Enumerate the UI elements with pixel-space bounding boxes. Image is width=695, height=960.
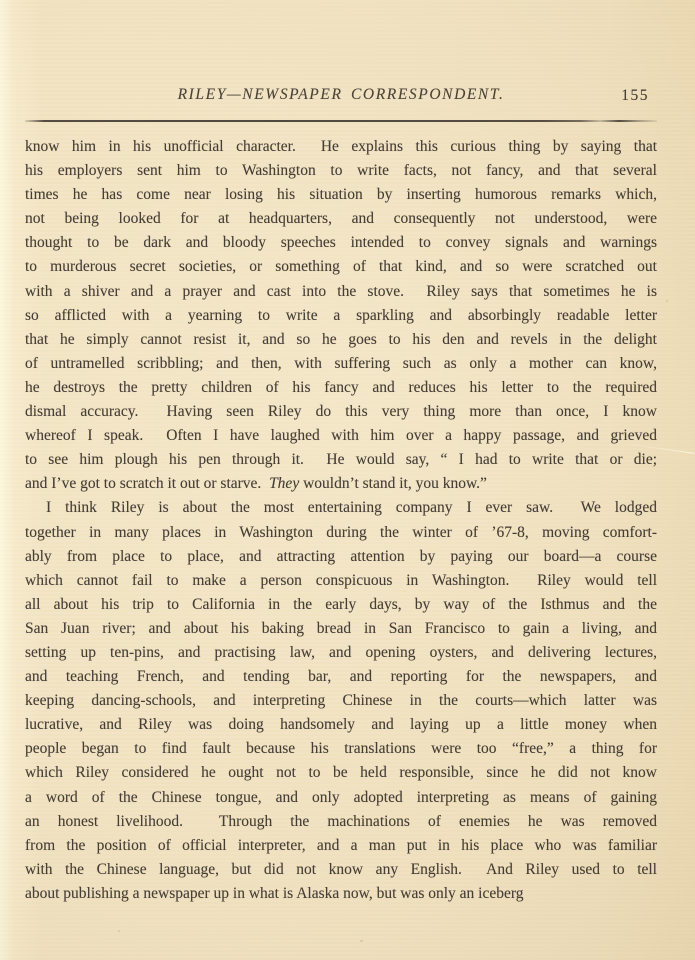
- text-line: which cannot fail to make a person consp…: [25, 569, 657, 593]
- text-segment: which cannot fail to make a person consp…: [25, 572, 657, 589]
- text-segment: times he has come near losing his situat…: [25, 186, 657, 203]
- text-line: of untramelled scribbling; and then, wit…: [25, 352, 657, 376]
- text-segment: dismal accuracy. Having seen Riley do th…: [25, 403, 657, 420]
- text-line: San Juan river; and about his baking bre…: [25, 617, 657, 641]
- text-line: not being looked for at headquarters, an…: [25, 207, 657, 231]
- text-line: so afflicted with a yearning to write a …: [25, 304, 657, 328]
- text-segment: and teaching French, and tending bar, an…: [25, 668, 657, 685]
- text-segment: setting up ten-pins, and practising law,…: [25, 644, 657, 661]
- text-segment: so afflicted with a yearning to write a …: [25, 307, 657, 324]
- text-segment: and I’ve got to scratch it out or starve…: [25, 475, 269, 492]
- text-line: times he has come near losing his situat…: [25, 183, 657, 207]
- text-segment: to see him plough his pen through it. He…: [25, 451, 657, 468]
- text-line: from the position of official interprete…: [25, 834, 657, 858]
- page-number: 155: [621, 87, 649, 105]
- text-line: ably from place to place, and attracting…: [25, 545, 657, 569]
- paper-speck: [360, 940, 363, 942]
- text-line: all about his trip to California in the …: [25, 593, 657, 617]
- text-segment: keeping dancing-schools, and interpretin…: [25, 692, 657, 709]
- text-line: know him in his unofficial character. He…: [25, 135, 657, 159]
- text-segment: about publishing a newspaper up in what …: [25, 885, 524, 902]
- text-line: that he simply cannot resist it, and so …: [25, 328, 657, 352]
- text-segment: know him in his unofficial character. He…: [25, 138, 657, 155]
- paper-speck: [666, 300, 668, 302]
- header-rule: [25, 120, 657, 122]
- book-page: RILEY—NEWSPAPER CORRESPONDENT. 155 know …: [0, 0, 695, 960]
- text-segment: I think Riley is about the most entertai…: [46, 499, 657, 516]
- text-segment: to murderous secret societies, or someth…: [25, 258, 657, 275]
- text-segment: with a shiver and a prayer and cast into…: [25, 283, 657, 300]
- text-line: about publishing a newspaper up in what …: [25, 882, 657, 906]
- text-line: and I’ve got to scratch it out or starve…: [25, 472, 657, 496]
- text-segment: with the Chinese language, but did not k…: [25, 861, 657, 878]
- text-segment: together in many places in Washington du…: [25, 524, 657, 541]
- text-segment: lucrative, and Riley was doing handsomel…: [25, 716, 657, 733]
- text-line: a word of the Chinese tongue, and only a…: [25, 786, 657, 810]
- text-segment: he destroys the pretty children of his f…: [25, 379, 657, 396]
- text-segment: that he simply cannot resist it, and so …: [25, 331, 657, 348]
- text-segment: thought to be dark and bloody speeches i…: [25, 234, 657, 251]
- text-line: his employers sent him to Washington to …: [25, 159, 657, 183]
- text-line: to see him plough his pen through it. He…: [25, 448, 657, 472]
- text-line: I think Riley is about the most entertai…: [25, 496, 657, 520]
- text-segment: his employers sent him to Washington to …: [25, 162, 657, 179]
- text-line: with the Chinese language, but did not k…: [25, 858, 657, 882]
- paper-speck: [118, 930, 120, 932]
- text-line: to murderous secret societies, or someth…: [25, 255, 657, 279]
- text-line: together in many places in Washington du…: [25, 521, 657, 545]
- text-segment: not being looked for at headquarters, an…: [25, 210, 657, 227]
- text-segment: ably from place to place, and attracting…: [25, 548, 657, 565]
- running-title: RILEY—NEWSPAPER CORRESPONDENT.: [178, 86, 505, 103]
- italic-text: They: [269, 475, 299, 492]
- text-line: lucrative, and Riley was doing handsomel…: [25, 713, 657, 737]
- text-line: whereof I speak. Often I have laughed wi…: [25, 424, 657, 448]
- text-segment: all about his trip to California in the …: [25, 596, 657, 613]
- text-segment: which Riley considered he ought not to b…: [25, 764, 657, 781]
- text-segment: people began to find fault because his t…: [25, 740, 657, 757]
- text-segment: of untramelled scribbling; and then, wit…: [25, 355, 657, 372]
- page-header: RILEY—NEWSPAPER CORRESPONDENT. 155: [25, 86, 657, 108]
- text-line: dismal accuracy. Having seen Riley do th…: [25, 400, 657, 424]
- text-segment: wouldn’t stand it, you know.”: [299, 475, 487, 492]
- text-segment: San Juan river; and about his baking bre…: [25, 620, 657, 637]
- text-segment: from the position of official interprete…: [25, 837, 657, 854]
- text-segment: whereof I speak. Often I have laughed wi…: [25, 427, 657, 444]
- text-line: which Riley considered he ought not to b…: [25, 761, 657, 785]
- text-line: setting up ten-pins, and practising law,…: [25, 641, 657, 665]
- text-line: an honest livelihood. Through the machin…: [25, 810, 657, 834]
- text-line: with a shiver and a prayer and cast into…: [25, 280, 657, 304]
- text-segment: a word of the Chinese tongue, and only a…: [25, 789, 657, 806]
- text-line: thought to be dark and bloody speeches i…: [25, 231, 657, 255]
- page-body: know him in his unofficial character. He…: [25, 135, 657, 906]
- text-line: keeping dancing-schools, and interpretin…: [25, 689, 657, 713]
- text-line: and teaching French, and tending bar, an…: [25, 665, 657, 689]
- text-line: people began to find fault because his t…: [25, 737, 657, 761]
- text-segment: an honest livelihood. Through the machin…: [25, 813, 657, 830]
- text-line: he destroys the pretty children of his f…: [25, 376, 657, 400]
